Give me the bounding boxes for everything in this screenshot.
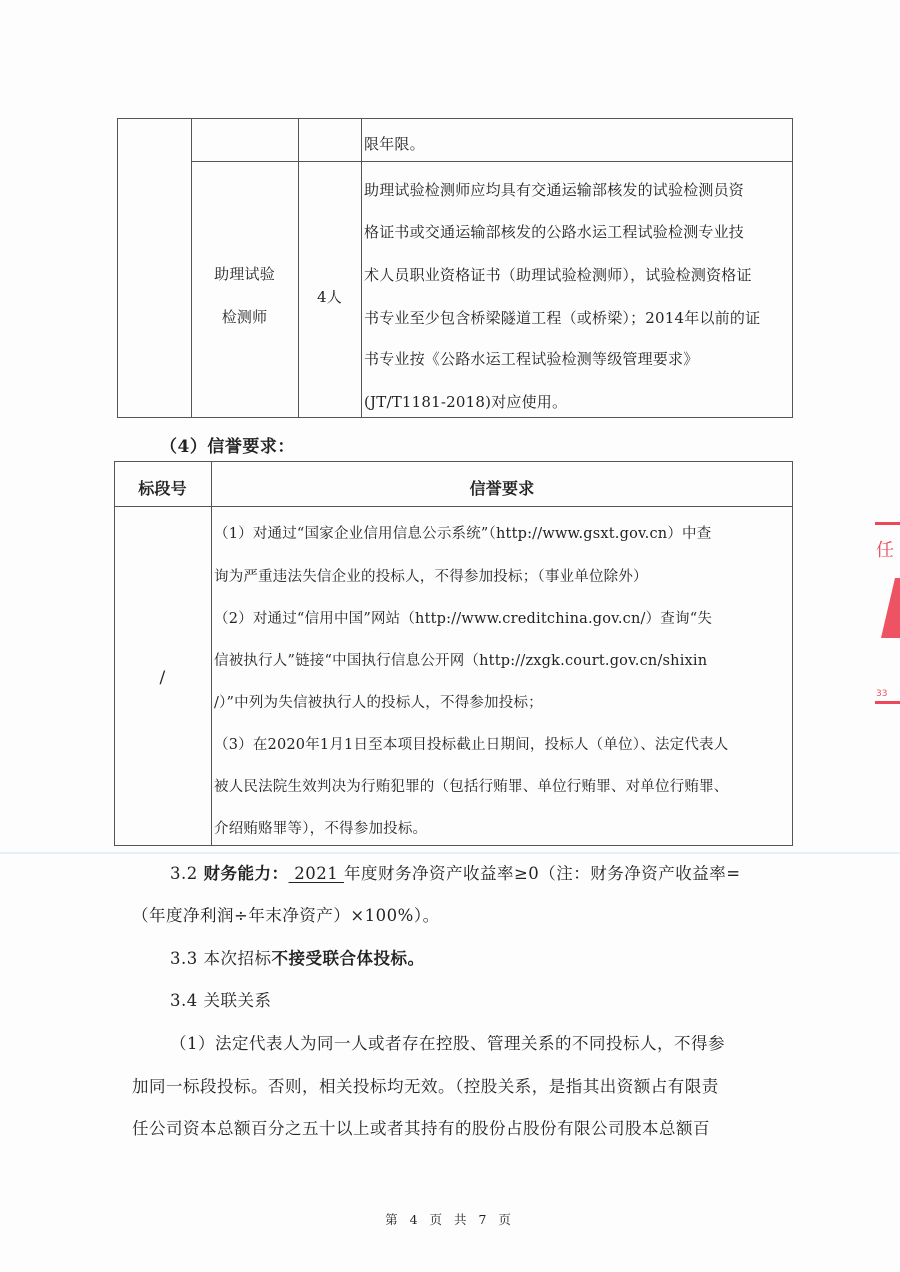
role-name-2: 检测师 [191, 310, 298, 325]
header-section-no: 标段号 [114, 481, 211, 497]
section-number: / [114, 670, 211, 687]
table-divider [191, 161, 793, 162]
section-3-4-heading: 3.4 关联关系 [170, 993, 272, 1010]
requirement-tail: 限年限。 [364, 137, 425, 152]
role-line-1: 助理试验 [214, 265, 275, 283]
credit-line: 询为严重违法失信企业的投标人，不得参加投标；（事业单位除外） [214, 570, 648, 585]
document-page: 限年限。 助理试验 检测师 4人 助理试验检测师应均具有交通运输部核发的试验检测… [0, 0, 900, 1272]
related-party-line: （1）法定代表人为同一人或者存在控股、管理关系的不同投标人，不得参 [170, 1036, 725, 1053]
svg-text:任: 任 [876, 540, 894, 561]
section-3-4-title: 关联关系 [204, 991, 272, 1010]
credit-line: （1）对通过“国家企业信用信息公示系统”（http://www.gsxt.gov… [214, 527, 711, 542]
table-divider [114, 506, 793, 507]
seal-icon: 任 33 [873, 518, 900, 710]
scan-artifact-line [0, 852, 900, 854]
requirement-line: 书专业至少包含桥梁隧道工程（或桥梁）；2014年以前的证 [364, 311, 760, 326]
section-3-3-number: 3.3 [170, 949, 198, 968]
role-name: 助理试验 [191, 267, 298, 282]
requirement-line: 格证书或交通运输部核发的公路水运工程试验检测专业技 [364, 225, 744, 240]
section-3-2: 3.2 财务能力： 2021 年度财务净资产收益率≥0（注：财务净资产收益率= [170, 866, 741, 883]
credit-line: 被人民法院生效判决为行贿犯罪的（包括行贿罪、单位行贿罪、对单位行贿罪、 [214, 780, 729, 795]
section-3-4-number: 3.4 [170, 991, 198, 1010]
requirement-line: 书专业按《公路水运工程试验检测等级管理要求》 [364, 352, 698, 367]
official-seal-fragment: 任 33 [873, 518, 900, 710]
header-credit-req: 信誉要求 [211, 481, 793, 497]
credit-line: （2）对通过“信用中国”网站（http://www.creditchina.go… [214, 612, 712, 627]
requirement-line: 术人员职业资格证书（助理试验检测师），试验检测资格证 [364, 268, 752, 283]
section-3-2-number: 3.2 [170, 864, 198, 883]
credit-line: 信被执行人”链接“中国执行信息公开网（http://zxgk.court.gov… [214, 654, 707, 669]
credit-heading: （4）信誉要求： [160, 439, 295, 456]
section-3-2-line-2: （年度净利润÷年末净资产）×100%）。 [132, 908, 440, 925]
table-divider [298, 118, 299, 418]
section-3-2-text: 年度财务净资产收益率≥0（注：财务净资产收益率= [344, 864, 741, 883]
page-number: 第 4 页 共 7 页 [0, 1210, 900, 1228]
credit-line: /）”中列为失信被执行人的投标人，不得参加投标； [214, 696, 543, 711]
requirement-line: (JT/T1181-2018)对应使用。 [364, 395, 567, 410]
no-consortium-text: 不接受联合体投标。 [272, 949, 425, 968]
table-divider [361, 118, 362, 418]
section-3-3: 3.3 本次招标不接受联合体投标。 [170, 951, 425, 968]
year-field: 2021 [289, 864, 344, 883]
section-3-2-label: 财务能力： [204, 864, 289, 883]
related-party-line: 加同一标段投标。否则，相关投标均无效。（控股关系，是指其出资额占有限责 [132, 1079, 719, 1096]
role-count: 4人 [298, 290, 361, 305]
section-3-3-text: 本次招标 [204, 949, 272, 968]
credit-line: 介绍贿赂罪等），不得参加投标。 [214, 822, 427, 837]
role-line-2: 检测师 [222, 308, 268, 326]
table-divider [211, 461, 212, 846]
related-party-line: 任公司资本总额百分之五十以上或者其持有的股份占股份有限公司股本总额百 [132, 1121, 710, 1138]
requirement-line: 助理试验检测师应均具有交通运输部核发的试验检测员资 [364, 183, 744, 198]
svg-text:33: 33 [876, 689, 887, 699]
credit-line: （3）在2020年1月1日至本项目投标截止日期间，投标人（单位）、法定代表人 [214, 738, 728, 753]
